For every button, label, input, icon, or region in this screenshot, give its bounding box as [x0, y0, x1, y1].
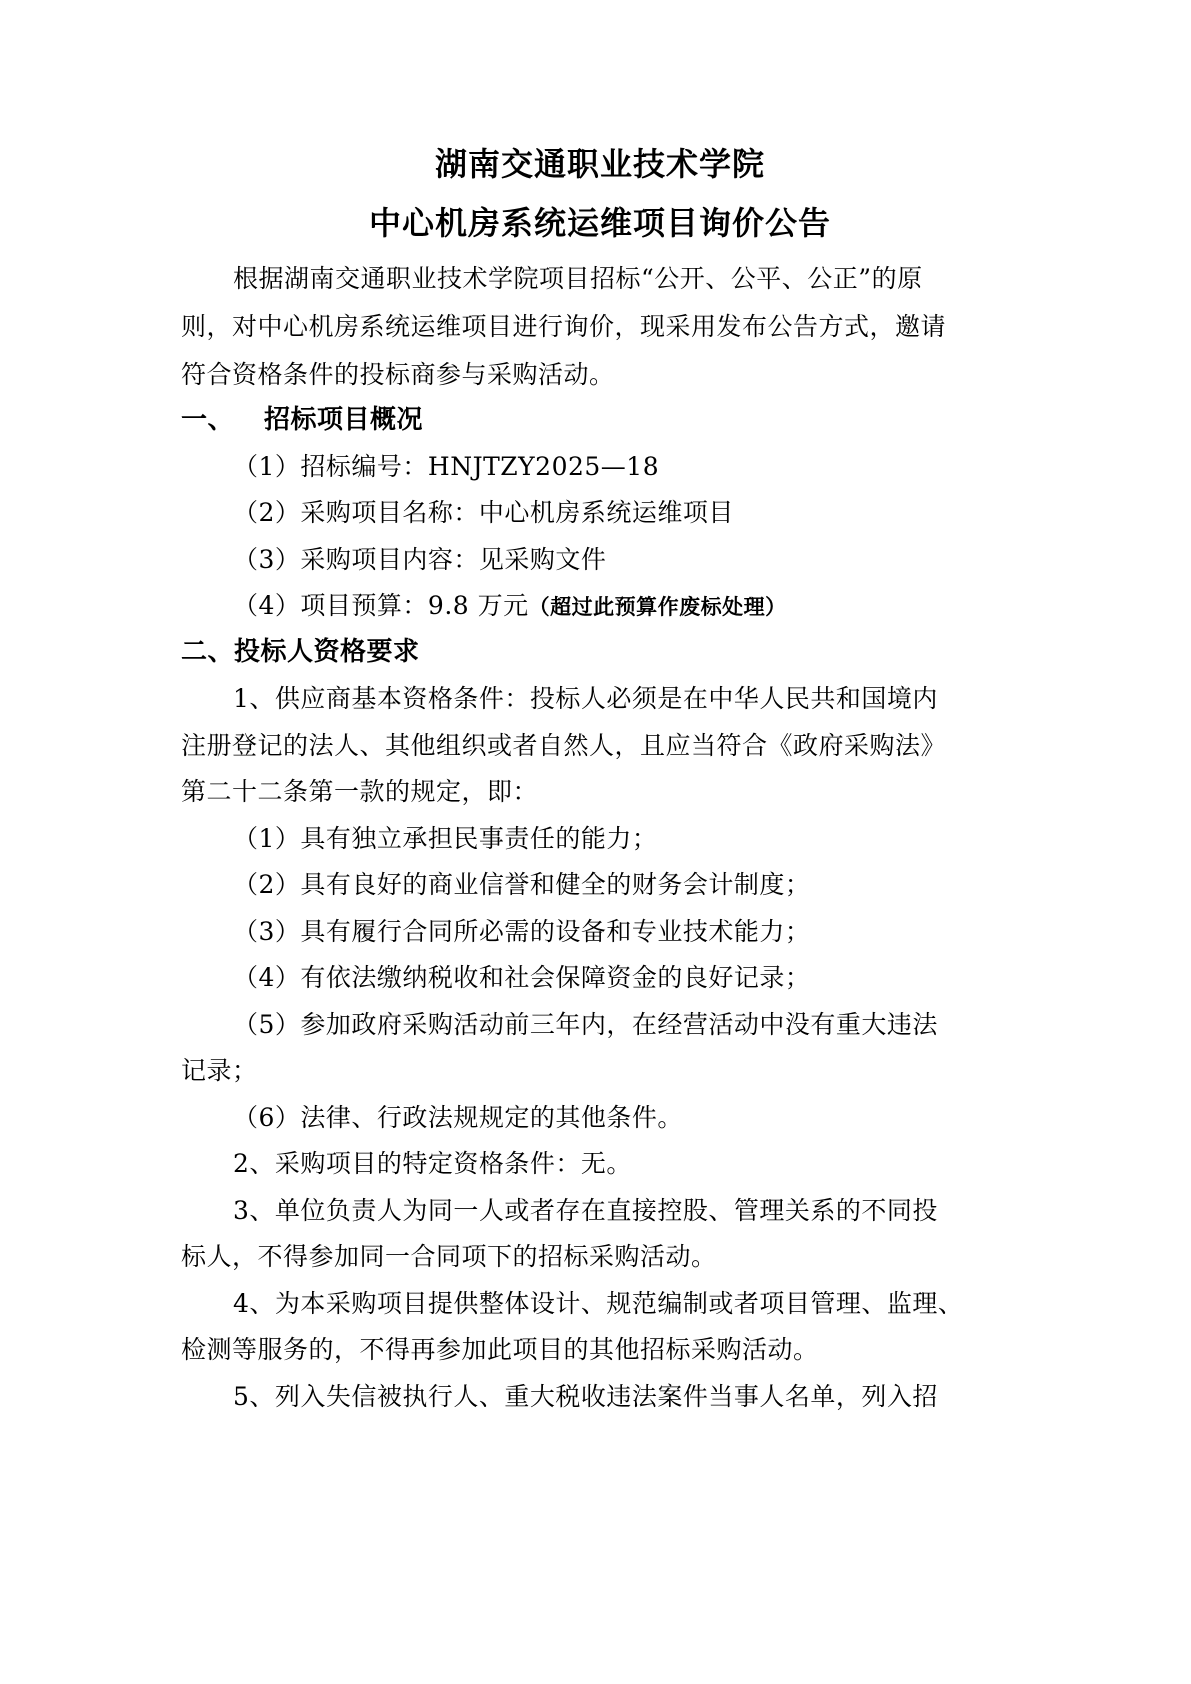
requirement-1-line: 第二十二条第一款的规定，即：	[181, 775, 538, 809]
section-number: 一、	[181, 405, 234, 435]
intro-line: 根据湖南交通职业技术学院项目招标“公开、公平、公正”的原	[233, 262, 923, 296]
item-label: （4）项目预算：	[233, 591, 428, 620]
requirement-subitem: （6）法律、行政法规规定的其他条件。	[233, 1101, 683, 1135]
requirement-3-line: 3、单位负责人为同一人或者存在直接控股、管理关系的不同投	[233, 1194, 938, 1228]
requirement-5-line: 5、列入失信被执行人、重大税收违法案件当事人名单，列入招	[233, 1380, 938, 1414]
item-value: 见采购文件	[479, 545, 607, 574]
requirement-1-line: 1、供应商基本资格条件：投标人必须是在中华人民共和国境内	[233, 682, 938, 716]
document-title-announcement: 中心机房系统运维项目询价公告	[181, 203, 1019, 243]
requirement-1-line: 注册登记的法人、其他组织或者自然人，且应当符合《政府采购法》	[181, 729, 946, 763]
requirement-subitem: （3）具有履行合同所必需的设备和专业技术能力；	[233, 915, 810, 949]
item-value: 中心机房系统运维项目	[479, 498, 734, 527]
section-title: 招标项目概况	[264, 405, 423, 435]
requirement-subitem: 记录；	[181, 1054, 258, 1088]
requirement-4-line: 检测等服务的，不得再参加此项目的其他招标采购活动。	[181, 1333, 819, 1367]
item-label: （3）采购项目内容：	[233, 545, 479, 574]
requirement-3-line: 标人，不得参加同一合同项下的招标采购活动。	[181, 1240, 717, 1274]
requirement-subitem: （1）具有独立承担民事责任的能力；	[233, 822, 657, 856]
requirement-subitem: （5）参加政府采购活动前三年内，在经营活动中没有重大违法	[233, 1008, 938, 1042]
requirement-subitem: （2）具有良好的商业信誉和健全的财务会计制度；	[233, 868, 810, 902]
overview-item-project-content: （3）采购项目内容：见采购文件	[233, 543, 606, 577]
overview-item-budget: （4）项目预算：9.8 万元（超过此预算作废标处理）	[233, 589, 787, 624]
requirement-2: 2、采购项目的特定资格条件：无。	[233, 1147, 632, 1181]
intro-line: 则，对中心机房系统运维项目进行询价，现采用发布公告方式，邀请	[181, 310, 946, 344]
section-heading-bidder-qualifications: 二、投标人资格要求	[181, 635, 420, 669]
item-label: （1）招标编号：	[233, 452, 428, 481]
item-label: （2）采购项目名称：	[233, 498, 479, 527]
budget-note: （超过此预算作废标处理）	[529, 595, 787, 619]
document-title-institution: 湖南交通职业技术学院	[181, 144, 1019, 184]
requirement-4-line: 4、为本采购项目提供整体设计、规范编制或者项目管理、监理、	[233, 1287, 963, 1321]
overview-item-project-name: （2）采购项目名称：中心机房系统运维项目	[233, 496, 734, 530]
item-value: 9.8 万元	[428, 591, 529, 620]
section-heading-project-overview: 一、招标项目概况	[181, 403, 423, 437]
overview-item-bid-number: （1）招标编号：HNJTZY2025—18	[233, 450, 659, 484]
item-value: HNJTZY2025—18	[428, 452, 659, 481]
intro-line: 符合资格条件的投标商参与采购活动。	[181, 358, 615, 392]
requirement-subitem: （4）有依法缴纳税收和社会保障资金的良好记录；	[233, 961, 810, 995]
